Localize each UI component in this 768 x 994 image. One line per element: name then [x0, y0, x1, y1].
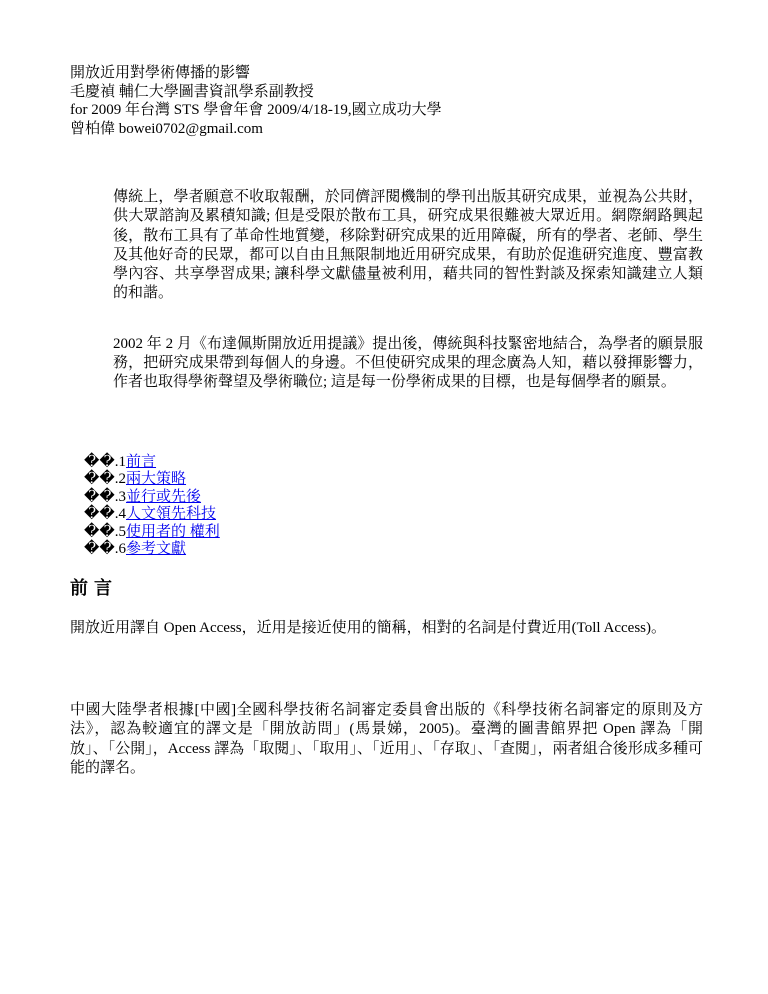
- toc-link-two-strategies[interactable]: 兩大策略: [126, 471, 186, 487]
- event-line: for 2009 年台灣 STS 學會年會 2009/4/18-19,國立成功大…: [70, 101, 703, 120]
- document-page: 開放近用對學術傳播的影響 毛慶禎 輔仁大學圖書資訊學系副教授 for 2009 …: [0, 0, 768, 994]
- toc-item: ��.4人文領先科技: [84, 506, 703, 524]
- section-heading-foreword: 前言: [70, 577, 703, 599]
- toc-item: ��.6參考文獻: [84, 541, 703, 559]
- toc-item: ��.2兩大策略: [84, 471, 703, 489]
- foreword-paragraph-2: 中國大陸學者根據[中國]全國科學技術名詞審定委員會出版的《科學技術名詞審定的原則…: [70, 701, 703, 778]
- toc-item-prefix: ��.5: [84, 524, 126, 540]
- contact-line: 曾柏偉 bowei0702@gmail.com: [70, 120, 703, 139]
- toc-link-references[interactable]: 參考文獻: [126, 541, 186, 557]
- abstract-paragraph-2: 2002 年 2 月《布達佩斯開放近用提議》提出後，傳統與科技緊密地結合，為學者…: [113, 335, 703, 393]
- toc-item: ��.5使用者的 權利: [84, 524, 703, 542]
- toc-item-prefix: ��.2: [84, 471, 126, 487]
- toc-link-intro[interactable]: 前言: [126, 454, 156, 470]
- toc-item-prefix: ��.3: [84, 489, 126, 505]
- table-of-contents: ��.1前言 ��.2兩大策略 ��.3並行或先後 ��.4人文領先科技 ��.…: [84, 454, 703, 559]
- document-title: 開放近用對學術傳播的影響: [70, 64, 703, 83]
- toc-link-user-rights[interactable]: 使用者的 權利: [126, 524, 220, 540]
- document-content: 開放近用對學術傳播的影響 毛慶禎 輔仁大學圖書資訊學系副教授 for 2009 …: [0, 0, 768, 778]
- toc-item: ��.1前言: [84, 454, 703, 472]
- toc-item-prefix: ��.6: [84, 541, 126, 557]
- toc-item-prefix: ��.4: [84, 506, 126, 522]
- toc-item-prefix: ��.1: [84, 454, 126, 470]
- abstract-paragraph-1: 傳統上，學者願意不收取報酬，於同儕評閱機制的學刊出版其研究成果，並視為公共財，供…: [113, 188, 703, 304]
- foreword-paragraph-1: 開放近用譯自 Open Access，近用是接近使用的簡稱，相對的名詞是付費近用…: [70, 619, 703, 638]
- toc-link-parallel-or-sequential[interactable]: 並行或先後: [126, 489, 201, 505]
- toc-link-humanities-before-technology[interactable]: 人文領先科技: [126, 506, 216, 522]
- document-header: 開放近用對學術傳播的影響 毛慶禎 輔仁大學圖書資訊學系副教授 for 2009 …: [70, 64, 703, 138]
- author-line: 毛慶禎 輔仁大學圖書資訊學系副教授: [70, 83, 703, 102]
- toc-item: ��.3並行或先後: [84, 489, 703, 507]
